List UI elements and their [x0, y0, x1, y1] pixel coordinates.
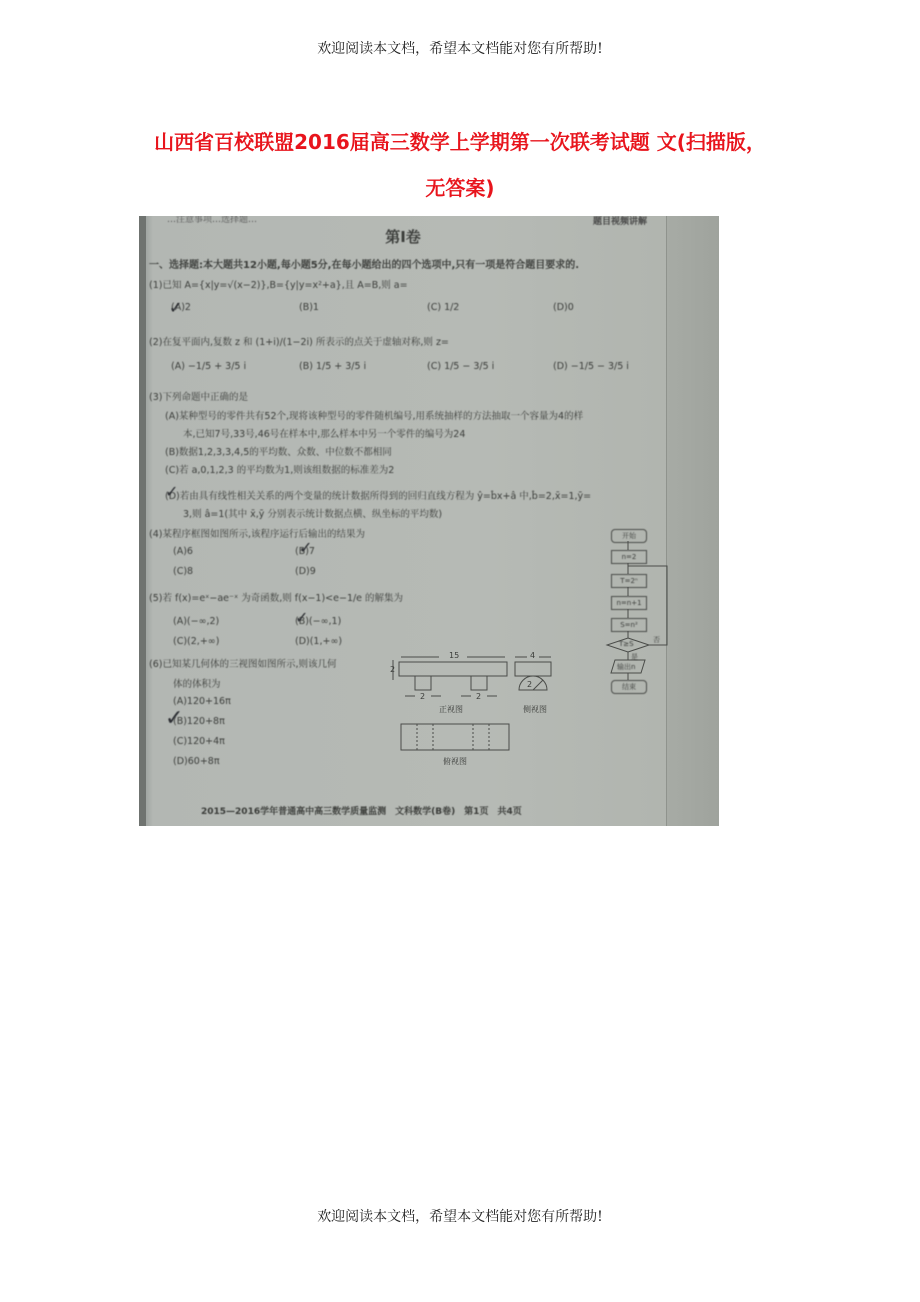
check-mark-icon: ✓	[295, 608, 308, 627]
section-heading: 一、选择题:本大题共12小题,每小题5分,在每小题给出的四个选项中,只有一项是符…	[149, 256, 579, 271]
flowchart-init: n=2	[611, 550, 647, 564]
question-5-stem: (5)若 f(x)=eˣ−ae⁻ˣ 为奇函数,则 f(x−1)<e−1/e 的解…	[149, 590, 403, 604]
question-5-option-d: (D)(1,+∞)	[295, 636, 342, 647]
dim-radius: 2	[527, 680, 532, 689]
front-view-label: 正视图	[439, 704, 463, 715]
flowchart-end: 结束	[611, 680, 647, 694]
question-4-option-d: (D)9	[295, 566, 316, 577]
dim-leg-right: 2	[476, 692, 481, 701]
check-mark-icon: ✓	[165, 706, 183, 731]
top-view-label: 俯视图	[443, 756, 467, 767]
document-title: 山西省百校联盟2016届高三数学上学期第一次联考试题 文(扫描版，	[0, 126, 920, 155]
question-6-option-c: (C)120+4π	[173, 736, 225, 747]
question-6-option-d: (D)60+8π	[173, 756, 220, 767]
question-2-option-b: (B) 1/5 + 3/5 i	[299, 361, 366, 372]
flowchart-step-s: S=n²	[611, 618, 647, 632]
scan-right-margin	[666, 216, 719, 826]
question-3-option-a: (A)某种型号的零件共有52个,现将该种型号的零件随机编号,用系统抽样的方法抽取…	[165, 408, 583, 422]
question-4-stem: (4)某程序框图如图所示,该程序运行后输出的结果为	[149, 526, 365, 540]
document-title-continued: 无答案)	[0, 172, 920, 201]
question-5-option-a: (A)(−∞,2)	[173, 616, 219, 627]
check-mark-icon: ✓	[169, 298, 182, 317]
flowchart-no-label: 否	[653, 635, 660, 645]
question-3-option-c: (C)若 a,0,1,2,3 的平均数为1,则该组数据的标准差为2	[165, 462, 394, 476]
question-3-option-b: (B)数据1,2,3,3,4,5的平均数、众数、中位数不都相同	[165, 444, 392, 458]
question-5-option-c: (C)(2,+∞)	[173, 636, 219, 647]
side-view-label: 侧视图	[523, 704, 547, 715]
question-3-option-d-cont: 3,则 â=1(其中 x̄,ȳ 分别表示统计数据点横、纵坐标的平均数)	[183, 506, 442, 520]
question-1-option-d: (D)0	[553, 302, 574, 313]
flowchart-condition: T≥S	[619, 640, 634, 648]
flowchart-yes-label: 是	[631, 652, 638, 662]
volume-heading: 第Ⅰ卷	[139, 226, 667, 247]
footer-note: 欢迎阅读本文档，希望本文档能对您有所帮助!	[0, 1206, 920, 1226]
dim-width: 4	[530, 651, 535, 660]
check-mark-icon: ✓	[299, 538, 312, 557]
question-3-option-d: (D)若由具有线性相关关系的两个变量的统计数据所得到的回归直线方程为 ŷ=b̂x…	[165, 488, 591, 502]
question-2-option-a: (A) −1/5 + 3/5 i	[171, 361, 246, 372]
question-6-stem-cont: 体的体积为	[173, 676, 221, 690]
scan-top-strip: …注意事项…选择题…	[167, 216, 257, 225]
dim-height: 2	[390, 665, 395, 674]
scanned-exam-image: …注意事项…选择题… 题目视频讲解 第Ⅰ卷 一、选择题:本大题共12小题,每小题…	[139, 216, 719, 826]
program-flowchart: 开始 n=2 T=2ⁿ n=n+1 S=n² T≥S 否 是 输出n 结束	[605, 528, 685, 708]
flowchart-step-n: n=n+1	[611, 596, 647, 610]
question-1-option-b: (B)1	[299, 302, 319, 313]
dim-leg-left: 2	[420, 692, 425, 701]
question-2-option-c: (C) 1/5 − 3/5 i	[427, 361, 494, 372]
question-1-stem: (1)已知 A={x|y=√(x−2)},B={y|y=x²+a},且 A=B,…	[149, 277, 408, 291]
question-3-option-a-cont: 本,已知7号,33号,46号在样本中,那么样本中另一个零件的编号为24	[183, 426, 465, 440]
check-mark-icon: ✓	[165, 482, 178, 501]
question-2-option-d: (D) −1/5 − 3/5 i	[553, 361, 629, 372]
header-note: 欢迎阅读本文档，希望本文档能对您有所帮助!	[0, 38, 920, 58]
question-2-stem: (2)在复平面内,复数 z 和 (1+i)/(1−2i) 所表示的点关于虚轴对称…	[149, 334, 449, 348]
flowchart-step-t: T=2ⁿ	[611, 574, 647, 588]
exam-page-footer: 2015—2016学年普通高中高三数学质量监测 文科数学(B卷) 第1页 共4页	[201, 804, 522, 817]
scan-left-edge	[139, 216, 146, 826]
three-view-drawing: 15 2 2 2 4 2 正视图 侧视图 俯视图	[387, 652, 567, 772]
question-6-stem: (6)已知某几何体的三视图如图所示,则该几何	[149, 656, 336, 670]
question-1-option-c: (C) 1/2	[427, 302, 459, 313]
question-3-stem: (3)下列命题中正确的是	[149, 389, 248, 403]
flowchart-output: 输出n	[617, 662, 635, 672]
flowchart-start: 开始	[611, 529, 647, 543]
question-4-option-a: (A)6	[173, 546, 193, 557]
dim-length: 15	[449, 651, 459, 660]
question-4-option-c: (C)8	[173, 566, 193, 577]
